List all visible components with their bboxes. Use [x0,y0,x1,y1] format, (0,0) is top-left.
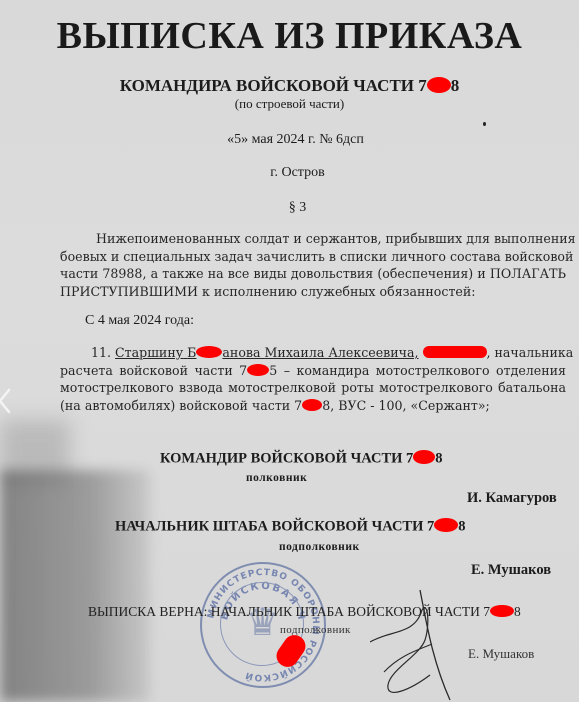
item-line: мотострелкового взвода мотострелковой ро… [60,379,566,397]
order-date: «5» мая 2024 г. № 6дсп [6,132,579,148]
intro-line: части 78988, а также на все виды довольс… [60,265,566,283]
item-person: Старшину Банова Михаила Алексеевича, [115,345,418,360]
issuer-heading: КОМАНДИРА ВОЙСКОВОЙ ЧАСТИ 78 [0,76,579,96]
redaction-mark [247,364,269,376]
intro-line: Нижепоименованных солдат и сержантов, пр… [60,230,566,248]
paragraph-number: § 3 [8,200,579,216]
intro-line: ПРИСТУПИВШИМИ к исполнению служебных обя… [60,283,566,301]
chief-of-staff-title: НАЧАЛЬНИК ШТАБА ВОЙСКОВОЙ ЧАСТИ 78 [115,518,466,535]
item-line: 11. Старшину Банова Михаила Алексеевича,… [60,344,566,362]
intro-paragraph: Нижепоименованных солдат и сержантов, пр… [60,230,566,300]
commander-title: КОМАНДИР ВОЙСКОВОЙ ЧАСТИ 78 [160,450,443,467]
item-number: 11. [91,345,111,360]
redaction-mark [413,450,435,464]
chief-of-staff-rank: подполковник [279,541,360,553]
commander-rank: полковник [246,472,307,484]
document-title: ВЫПИСКА ИЗ ПРИКАЗА [0,14,579,58]
issuer-text: КОМАНДИРА ВОЙСКОВОЙ ЧАСТИ 7 [120,76,427,95]
redaction-mark [427,77,451,93]
item-line: (на автомобилях) войсковой части 78, ВУС… [60,397,566,415]
redaction-mark [196,346,222,358]
redaction-mark [434,518,458,532]
handwritten-signature [370,580,510,702]
document-photo: ВЫПИСКА ИЗ ПРИКАЗА КОМАНДИРА ВОЙСКОВОЙ Ч… [0,0,579,702]
commander-name: И. Камагуров [467,490,557,507]
redaction-mark [302,399,322,411]
issuer-note: (по строевой части) [0,96,579,112]
item-line: расчета войсковой части 75 – командира м… [60,362,566,380]
issuer-suffix: 8 [451,76,460,95]
chevron-left-icon[interactable] [0,388,13,414]
order-city: г. Остров [8,165,579,181]
intro-line: боевых и специальных задач зачислить в с… [60,248,566,266]
photo-shadow [0,470,150,702]
ink-dot [483,122,486,126]
chief-of-staff-name: Е. Мушаков [471,562,551,579]
redaction-mark [423,346,487,358]
order-item: 11. Старшину Банова Михаила Алексеевича,… [60,344,566,414]
since-date: С 4 мая 2024 года: [85,313,194,329]
